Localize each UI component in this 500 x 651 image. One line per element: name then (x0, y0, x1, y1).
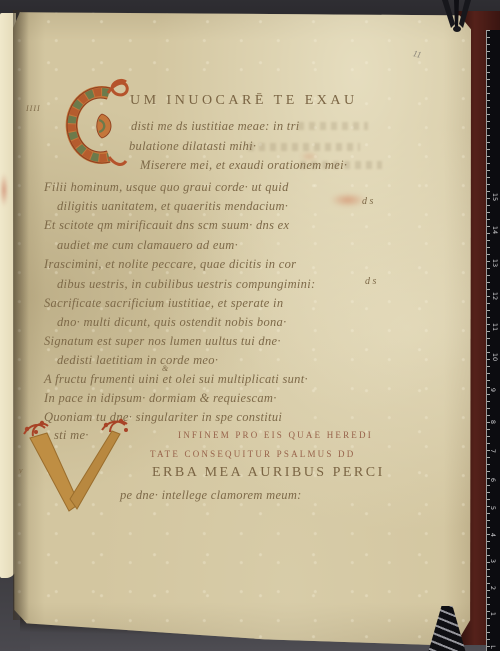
text-line: Signatum est super nos lumen uultus tui … (44, 334, 281, 349)
ink-offset-ghost (298, 122, 368, 130)
ruler-number: 10 (491, 353, 499, 361)
text-line-uncial: UM INUOCARĒ TE EXAU (130, 93, 358, 109)
red-ink-smudge (300, 152, 318, 161)
text-line: dibus uestris, in cubilibus uestris comp… (57, 277, 315, 292)
red-ink-smudge (330, 193, 366, 207)
decorated-initial-V (20, 418, 132, 522)
book-weight (424, 606, 470, 651)
ruler-number: 11 (491, 323, 499, 331)
text-line: In pace in idipsum· dormiam & requiescam… (44, 391, 277, 406)
text-line: disti me ds iustitiae meae: in tri (131, 119, 300, 134)
text-line: pe dne· intellege clamorem meum: (120, 488, 302, 503)
text-line: Irascimini, et nolite peccare, quae dici… (44, 257, 296, 272)
ruler-number: 6 (489, 478, 497, 482)
ruler-ticks (487, 30, 490, 651)
text-line: audiet me cum clamauero ad eum· (57, 238, 238, 253)
ruler-number: 1 (489, 612, 497, 616)
page-content: IIII 11 d s d s & v UM INUOCARĒ TE EXAU … (0, 0, 500, 651)
text-line: Filii hominum, usque quo graui corde· ut… (44, 180, 289, 195)
diapsalma-note: d s (365, 276, 376, 287)
text-line: A fructu frumenti uini et olei sui multi… (44, 372, 308, 387)
text-line: diligitis uanitatem, et quaeritis mendac… (57, 199, 288, 214)
rubric-line: INFINEM PRO EIS QUAE HEREDI (178, 430, 373, 440)
ruler-number: 15 (491, 193, 499, 201)
ruler-number: 8 (489, 420, 497, 424)
ruler-number: 9 (489, 388, 497, 392)
text-line-uncial: ERBA MEA AURIBUS PERCI (152, 465, 385, 481)
ruler-number: 2 (489, 586, 497, 590)
ink-offset-ghost (248, 143, 360, 151)
text-line: Sacrificate sacrificium iustitiae, et sp… (44, 296, 283, 311)
ruler-number: 4 (489, 533, 497, 537)
manuscript-photo: 15 14 13 12 11 10 9 8 7 6 5 4 3 2 1 L (0, 0, 500, 651)
ruler-number: 13 (491, 259, 499, 267)
text-line: dno· multi dicunt, quis ostendit nobis b… (57, 315, 287, 330)
ruler-number: 3 (489, 559, 497, 563)
text-line: dedisti laetitiam in corde meo· (57, 353, 218, 368)
decorated-initial-C (50, 76, 130, 174)
ink-offset-ghost (300, 161, 382, 169)
ruler-end-label: L (489, 645, 497, 649)
page-clamp-icon (434, 0, 480, 36)
ruler-number: 5 (489, 506, 497, 510)
ruler-number: 12 (491, 292, 499, 300)
text-line: Et scitote qm mirificauit dns scm suum· … (44, 218, 289, 233)
pencil-folio-number: 11 (412, 48, 423, 60)
book-weight-stripes (424, 606, 470, 651)
rubric-line: TATE CONSEQUITUR PSALMUS DD (150, 449, 355, 459)
quire-mark: IIII (26, 104, 41, 113)
ruler-number: 14 (491, 226, 499, 234)
measurement-ruler: 15 14 13 12 11 10 9 8 7 6 5 4 3 2 1 L (486, 30, 500, 651)
ruler-number: 7 (489, 449, 497, 453)
text-line: bulatione dilatasti mihi· (129, 139, 256, 154)
